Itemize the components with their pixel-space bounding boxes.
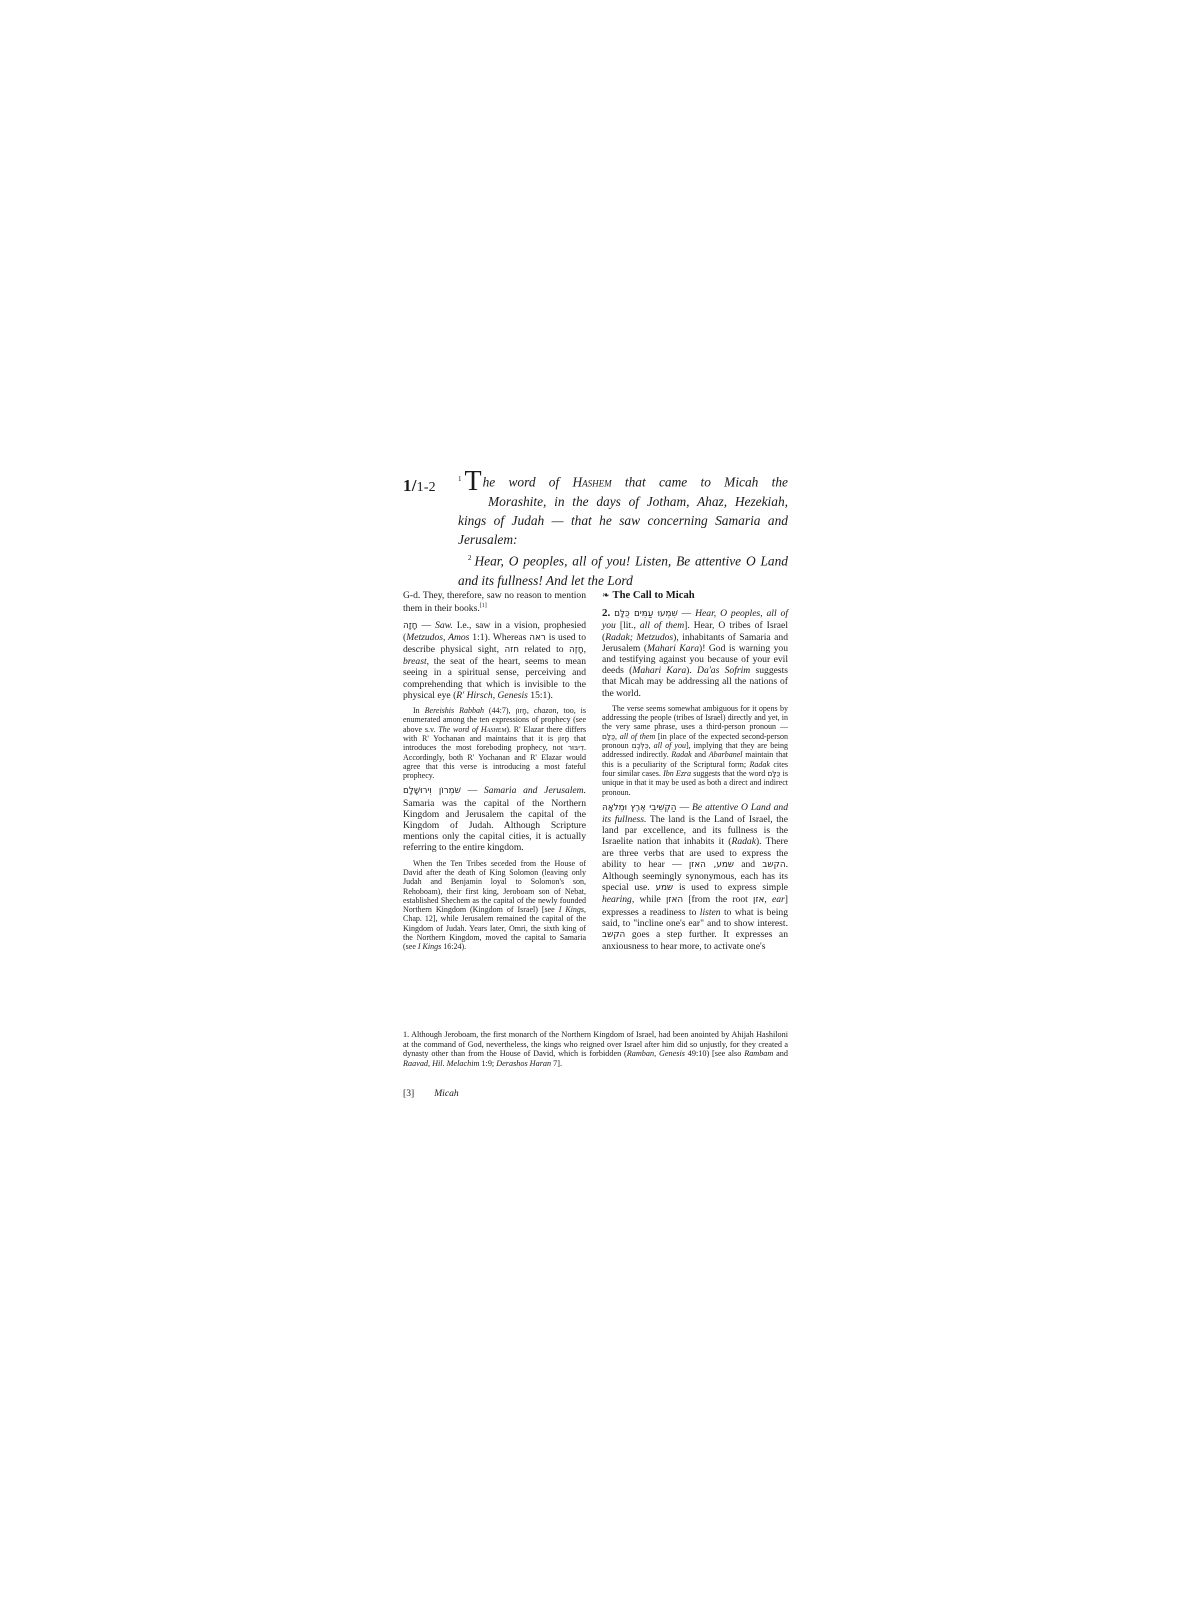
text-run: Samaria was the capital of the Northern … — [403, 798, 586, 854]
text-run: שִׁמְעוּ עַמִּים כֻּלָּם — [614, 609, 678, 619]
footnote-text: 1. Although Jeroboam, the first monarch … — [403, 1030, 788, 1068]
verse-text: Morashite, in the days of Jotham, Ahaz, … — [458, 494, 788, 547]
text-run: — — [418, 620, 436, 631]
commentary-columns: G-d. They, therefore, saw no reason to m… — [403, 590, 788, 1030]
text-run: hearing — [602, 894, 632, 905]
text-run: — — [678, 608, 695, 619]
text-run: Abarbanel — [709, 750, 743, 759]
chapter-number: 1/ — [403, 476, 417, 495]
text-run: chazon — [534, 706, 557, 715]
footnote-reference[interactable]: [1] — [480, 603, 487, 609]
text-run: Radak — [671, 750, 691, 759]
commentary-paragraph: הַקְשִׁיבִי אֶרֶץ וּמְלֹאָהּ — Be attent… — [602, 802, 788, 953]
text-run: suggests that the word — [691, 769, 767, 778]
text-run: חָזוֹן — [515, 706, 526, 715]
verse-text: that came to Micah the — [612, 474, 788, 489]
text-run: Derashos Haran — [496, 1059, 551, 1068]
commentary-note: The verse seems somewhat ambiguous for i… — [602, 704, 788, 797]
verse-text: he word of — [483, 474, 573, 489]
commentary-left-column: G-d. They, therefore, saw no reason to m… — [403, 590, 586, 957]
book-title: Micah — [434, 1088, 459, 1099]
text-run: all of them — [620, 732, 656, 741]
text-run: all of you — [654, 741, 686, 750]
text-run: , — [584, 644, 586, 655]
text-run: חָזָה — [403, 621, 418, 631]
text-run: — — [461, 785, 484, 796]
text-run: 7]. — [551, 1059, 562, 1068]
section-heading: ❧The Call to Micah — [602, 590, 788, 602]
text-run: ). — [686, 665, 697, 676]
text-run: Raavad, Hil. Melachim — [403, 1059, 479, 1068]
verse-number: 2 — [468, 554, 472, 562]
text-run: I Kings — [418, 942, 441, 951]
text-run: Hashem — [481, 725, 506, 734]
commentary-paragraph: G-d. They, therefore, saw no reason to m… — [403, 590, 586, 615]
verse-block: 1/1-2 1The word of Hashem that came to M… — [403, 470, 788, 582]
commentary-paragraph: חָזָה — Saw. I.e., saw in a vision, prop… — [403, 620, 586, 701]
section-title: The Call to Micah — [613, 590, 695, 601]
verse-number: 1 — [458, 475, 462, 483]
text-run: Bereishis Rabbah — [425, 706, 484, 715]
text-run: Mahari Kara — [632, 665, 686, 676]
commentary-note: When the Ten Tribes seceded from the Hou… — [403, 859, 586, 952]
text-run: , — [764, 894, 772, 905]
drop-cap: T — [465, 466, 482, 497]
text-run: אזן — [753, 895, 764, 905]
text-run: 15:1). — [528, 690, 553, 701]
text-run: and — [773, 1049, 788, 1058]
text-run: האזן — [666, 895, 683, 905]
text-run: Ramban, Genesis — [627, 1049, 685, 1058]
text-run: 2. — [602, 607, 610, 619]
text-run: ראה — [529, 633, 546, 643]
commentary-note: In Bereishis Rabbah (44:7), חָזוֹן, chaz… — [403, 706, 586, 780]
text-run: שמע — [655, 883, 673, 893]
text-run: Radak — [731, 836, 756, 847]
text-run: G-d. They, therefore, saw no reason to m… — [403, 590, 586, 614]
text-run: שֹׁמְרוֹן וִירוּשָׁלָם — [403, 786, 461, 796]
text-run: [from the root — [683, 894, 753, 905]
text-run: listen — [700, 907, 721, 918]
text-run: הַקְשִׁיבִי אֶרֶץ וּמְלֹאָהּ — [602, 803, 677, 813]
text-run: Ibn Ezra — [663, 769, 691, 778]
text-run: 1:1). Whereas — [469, 632, 529, 643]
text-run: — — [677, 802, 692, 813]
text-run: , — [527, 706, 534, 715]
text-run: חָזוֹן — [558, 734, 569, 743]
commentary-paragraph: 2. שִׁמְעוּ עַמִּים כֻּלָּם — Hear, O pe… — [602, 608, 788, 699]
book-page: 1/1-2 1The word of Hashem that came to M… — [403, 470, 788, 582]
text-run: I Kings — [559, 905, 584, 914]
text-run: [lit., — [616, 620, 640, 631]
text-run: שמע, האזן — [689, 860, 734, 870]
text-run: all of them — [640, 620, 684, 631]
verse-2: 2Hear, O peoples, all of you! Listen, Be… — [458, 549, 788, 590]
text-run: Mahari Kara — [647, 643, 699, 654]
ornament-icon: ❧ — [602, 591, 610, 601]
text-run: and — [734, 859, 762, 870]
text-run: כֻּלְּכֶם — [632, 741, 649, 750]
text-run: 49:10) [see also — [685, 1049, 744, 1058]
text-run: related to — [519, 644, 569, 655]
commentary-paragraph: שֹׁמְרוֹן וִירוּשָׁלָם — Samaria and Jer… — [403, 785, 586, 853]
text-run: כֻּלָּם — [602, 732, 615, 741]
verse-translation: 1The word of Hashem that came to Micah t… — [458, 470, 788, 590]
text-run: Metzudos, Amos — [406, 632, 469, 643]
text-run: The verse seems somewhat ambiguous for i… — [602, 704, 788, 732]
text-run: is used to express simple — [673, 882, 788, 893]
text-run: Radak; Metzudos — [605, 632, 673, 643]
page-footer: [3]Micah — [403, 1088, 459, 1099]
text-run: breast — [403, 656, 427, 667]
text-run: Radak — [750, 760, 770, 769]
chapter-verse-reference: 1/1-2 — [403, 476, 436, 496]
text-run: In — [413, 706, 425, 715]
text-run: Rambam — [744, 1049, 773, 1058]
text-run: הקשב — [602, 930, 625, 940]
text-run: , while — [632, 894, 666, 905]
commentary-right-column: ❧The Call to Micah 2. שִׁמְעוּ עַמִּים כ… — [602, 590, 788, 957]
verse-text: Hear, O peoples, all of you! Listen, Be … — [458, 554, 788, 588]
verse-1: 1The word of Hashem that came to Micah t… — [458, 470, 788, 549]
text-run: Saw. — [435, 620, 453, 631]
text-run: and — [692, 750, 709, 759]
text-run: הקשב — [762, 860, 785, 870]
text-run: ear — [772, 894, 785, 905]
footnote: 1. Although Jeroboam, the first monarch … — [403, 1030, 788, 1068]
text-run: The word of — [438, 725, 478, 734]
text-run: Samaria and Jerusalem. — [484, 785, 586, 796]
divine-name: Hashem — [572, 474, 611, 489]
text-run: חזה — [504, 645, 519, 655]
verse-range: 1-2 — [417, 480, 436, 495]
text-run: goes a step further. It expresses an anx… — [602, 929, 788, 952]
text-run: דִיבּוּר — [568, 743, 584, 752]
text-run: כֻּלָּם — [767, 769, 780, 778]
text-run: R' Hirsch, Genesis — [456, 690, 528, 701]
text-run: 1:9; — [479, 1059, 496, 1068]
text-run: (44:7), — [484, 706, 515, 715]
text-run: 16:24). — [441, 942, 466, 951]
text-run: Da'as Sofrim — [697, 665, 750, 676]
text-run: חָזֶה — [569, 645, 584, 655]
page-number: [3] — [403, 1088, 414, 1099]
